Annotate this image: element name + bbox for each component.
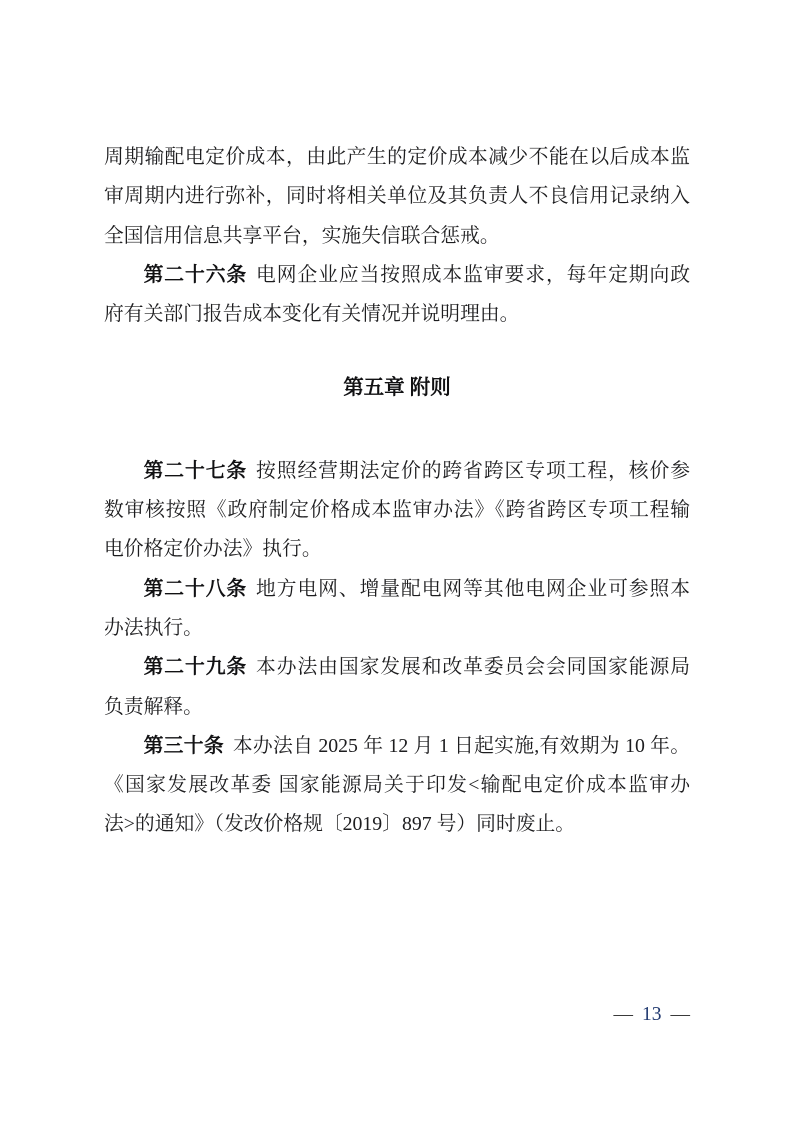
article-number-label: 第二十七条 xyxy=(144,460,248,482)
text-line: 审周期内进行弥补，同时将相关单位及其负责人不良信用记录纳入 xyxy=(104,177,690,216)
text-line: 法>的通知》（发改价格规〔2019〕897 号）同时废止。 xyxy=(104,805,690,844)
paragraph-continued-from-previous-page: 周期输配电定价成本，由此产生的定价成本减少不能在以后成本监审周期内进行弥补，同时… xyxy=(104,138,690,256)
paragraph-article-29: 第二十九条本办法由国家发展和改革委员会会同国家能源局负责解释。 xyxy=(104,648,690,727)
footer-dash-right: — xyxy=(671,1004,691,1025)
page-footer: —13— xyxy=(104,1002,690,1028)
line-text: 《国家发展改革委 国家能源局关于印发<输配电定价成本监审办 xyxy=(104,774,690,796)
footer-dash-left: — xyxy=(614,1004,634,1025)
line-text: 电网企业应当按照成本监审要求，每年定期向政 xyxy=(256,264,690,286)
line-text: 数审核按照《政府制定价格成本监审办法》《跨省跨区专项工程输 xyxy=(104,499,690,521)
line-text: 本办法由国家发展和改革委员会会同国家能源局 xyxy=(256,656,690,678)
chapter-5-heading: 第五章 附则 xyxy=(104,369,690,408)
text-line: 数审核按照《政府制定价格成本监审办法》《跨省跨区专项工程输 xyxy=(104,491,690,530)
line-text: 办法执行。 xyxy=(104,617,203,639)
article-number-label: 第二十九条 xyxy=(144,656,248,678)
paragraph-article-28: 第二十八条地方电网、增量配电网等其他电网企业可参照本办法执行。 xyxy=(104,570,690,649)
line-text: 地方电网、增量配电网等其他电网企业可参照本 xyxy=(256,578,690,600)
line-text: 本办法自 2025 年 12 月 1 日起实施,有效期为 10 年。 xyxy=(233,735,690,757)
text-line: 《国家发展改革委 国家能源局关于印发<输配电定价成本监审办 xyxy=(104,766,690,805)
document-body: 周期输配电定价成本，由此产生的定价成本减少不能在以后成本监审周期内进行弥补，同时… xyxy=(104,138,690,845)
line-text: 电价格定价办法》执行。 xyxy=(104,538,322,560)
page-number: 13 xyxy=(642,1004,662,1025)
line-text: 府有关部门报告成本变化有关情况并说明理由。 xyxy=(104,303,519,325)
text-line: 府有关部门报告成本变化有关情况并说明理由。 xyxy=(104,295,690,334)
paragraph-article-27: 第二十七条按照经营期法定价的跨省跨区专项工程，核价参数审核按照《政府制定价格成本… xyxy=(104,452,690,570)
text-line: 第二十六条电网企业应当按照成本监审要求，每年定期向政 xyxy=(104,256,690,295)
text-line: 周期输配电定价成本，由此产生的定价成本减少不能在以后成本监 xyxy=(104,138,690,177)
line-text: 全国信用信息共享平台，实施失信联合惩戒。 xyxy=(104,225,500,247)
paragraph-article-30: 第三十条本办法自 2025 年 12 月 1 日起实施,有效期为 10 年。《国… xyxy=(104,727,690,845)
text-line: 电价格定价办法》执行。 xyxy=(104,530,690,569)
document-page: 周期输配电定价成本，由此产生的定价成本减少不能在以后成本监审周期内进行弥补，同时… xyxy=(0,0,794,1123)
text-line: 第二十八条地方电网、增量配电网等其他电网企业可参照本 xyxy=(104,570,690,609)
article-number-label: 第二十八条 xyxy=(144,578,248,600)
text-line: 第二十九条本办法由国家发展和改革委员会会同国家能源局 xyxy=(104,648,690,687)
text-line: 第三十条本办法自 2025 年 12 月 1 日起实施,有效期为 10 年。 xyxy=(104,727,690,766)
text-line: 负责解释。 xyxy=(104,688,690,727)
line-text: 审周期内进行弥补，同时将相关单位及其负责人不良信用记录纳入 xyxy=(104,185,690,207)
text-line: 办法执行。 xyxy=(104,609,690,648)
article-number-label: 第二十六条 xyxy=(144,264,248,286)
line-text: 法>的通知》（发改价格规〔2019〕897 号）同时废止。 xyxy=(104,813,575,835)
line-text: 周期输配电定价成本，由此产生的定价成本减少不能在以后成本监 xyxy=(104,146,690,168)
text-line: 全国信用信息共享平台，实施失信联合惩戒。 xyxy=(104,217,690,256)
text-line: 第二十七条按照经营期法定价的跨省跨区专项工程，核价参 xyxy=(104,452,690,491)
line-text: 负责解释。 xyxy=(104,696,203,718)
paragraph-article-26: 第二十六条电网企业应当按照成本监审要求，每年定期向政府有关部门报告成本变化有关情… xyxy=(104,256,690,335)
line-text: 按照经营期法定价的跨省跨区专项工程，核价参 xyxy=(256,460,690,482)
article-number-label: 第三十条 xyxy=(144,735,224,757)
